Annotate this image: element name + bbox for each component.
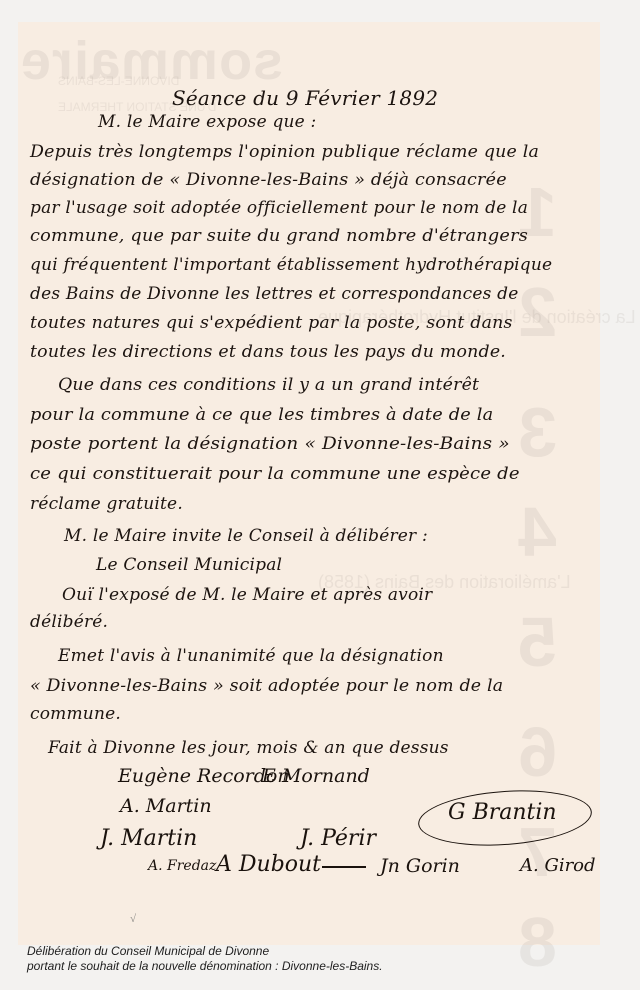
text-line: des Bains de Divonne les lettres et corr… [30, 284, 519, 304]
text-line: toutes natures qui s'expédient par la po… [30, 313, 513, 333]
text-line: poste portent la désignation « Divonne-l… [30, 434, 510, 454]
show-through-number: 5 [518, 602, 557, 682]
text-line: pour la commune à ce que les timbres à d… [30, 405, 493, 425]
figure-caption: Délibération du Conseil Municipal de Div… [27, 944, 383, 974]
signature: A. Girod [520, 855, 596, 876]
signature-underline [322, 866, 366, 868]
caption-line-1: Délibération du Conseil Municipal de Div… [27, 944, 383, 959]
caption-line-2: portant le souhait de la nouvelle dénomi… [27, 959, 383, 974]
signature: J. Périr [300, 826, 376, 851]
text-line: désignation de « Divonne-les-Bains » déj… [30, 170, 507, 190]
signature: J. Martin [100, 826, 197, 851]
text-line: Le Conseil Municipal [96, 555, 282, 575]
check-mark: √ [130, 913, 136, 925]
show-through-number: 6 [518, 712, 557, 792]
show-through-number: 8 [518, 902, 557, 982]
signature: Jn Gorin [380, 855, 460, 877]
show-through-heading: sommaire [20, 30, 283, 92]
signature: A. Fredaz [148, 858, 216, 874]
text-line: Depuis très longtemps l'opinion publique… [30, 142, 539, 162]
text-line: ce qui constituerait pour la commune une… [30, 464, 520, 484]
signature: A Dubout [216, 852, 321, 877]
signature: A. Martin [120, 795, 212, 817]
text-line: commune. [30, 704, 121, 724]
text-line: commune, que par suite du grand nombre d… [30, 226, 528, 246]
text-line: Fait à Divonne les jour, mois & an que d… [48, 738, 449, 758]
signature: E Mornand [262, 765, 370, 787]
text-line: M. le Maire invite le Conseil à délibére… [64, 526, 428, 546]
show-through-number: 3 [518, 392, 557, 472]
text-line: réclame gratuite. [30, 494, 183, 514]
text-line: toutes les directions et dans tous les p… [30, 342, 506, 362]
text-line: Emet l'avis à l'unanimité que la désigna… [58, 646, 444, 666]
text-line: par l'usage soit adoptée officiellement … [30, 198, 528, 218]
text-line: Que dans ces conditions il y a un grand … [58, 375, 479, 395]
show-through-number: 4 [518, 492, 557, 572]
signature: G Brantin [448, 800, 557, 825]
session-title: Séance du 9 Février 1892 [172, 86, 438, 110]
show-through-text: DIVONNE-LES-BAINS [58, 74, 179, 88]
text-line: qui fréquentent l'important établissemen… [30, 255, 552, 275]
show-through-number: 2 [518, 272, 557, 352]
text-line: délibéré. [30, 612, 108, 632]
text-line: Ouï l'exposé de M. le Maire et après avo… [62, 585, 432, 605]
text-line: « Divonne-les-Bains » soit adoptée pour … [30, 676, 503, 696]
text-line: M. le Maire expose que : [98, 112, 316, 132]
